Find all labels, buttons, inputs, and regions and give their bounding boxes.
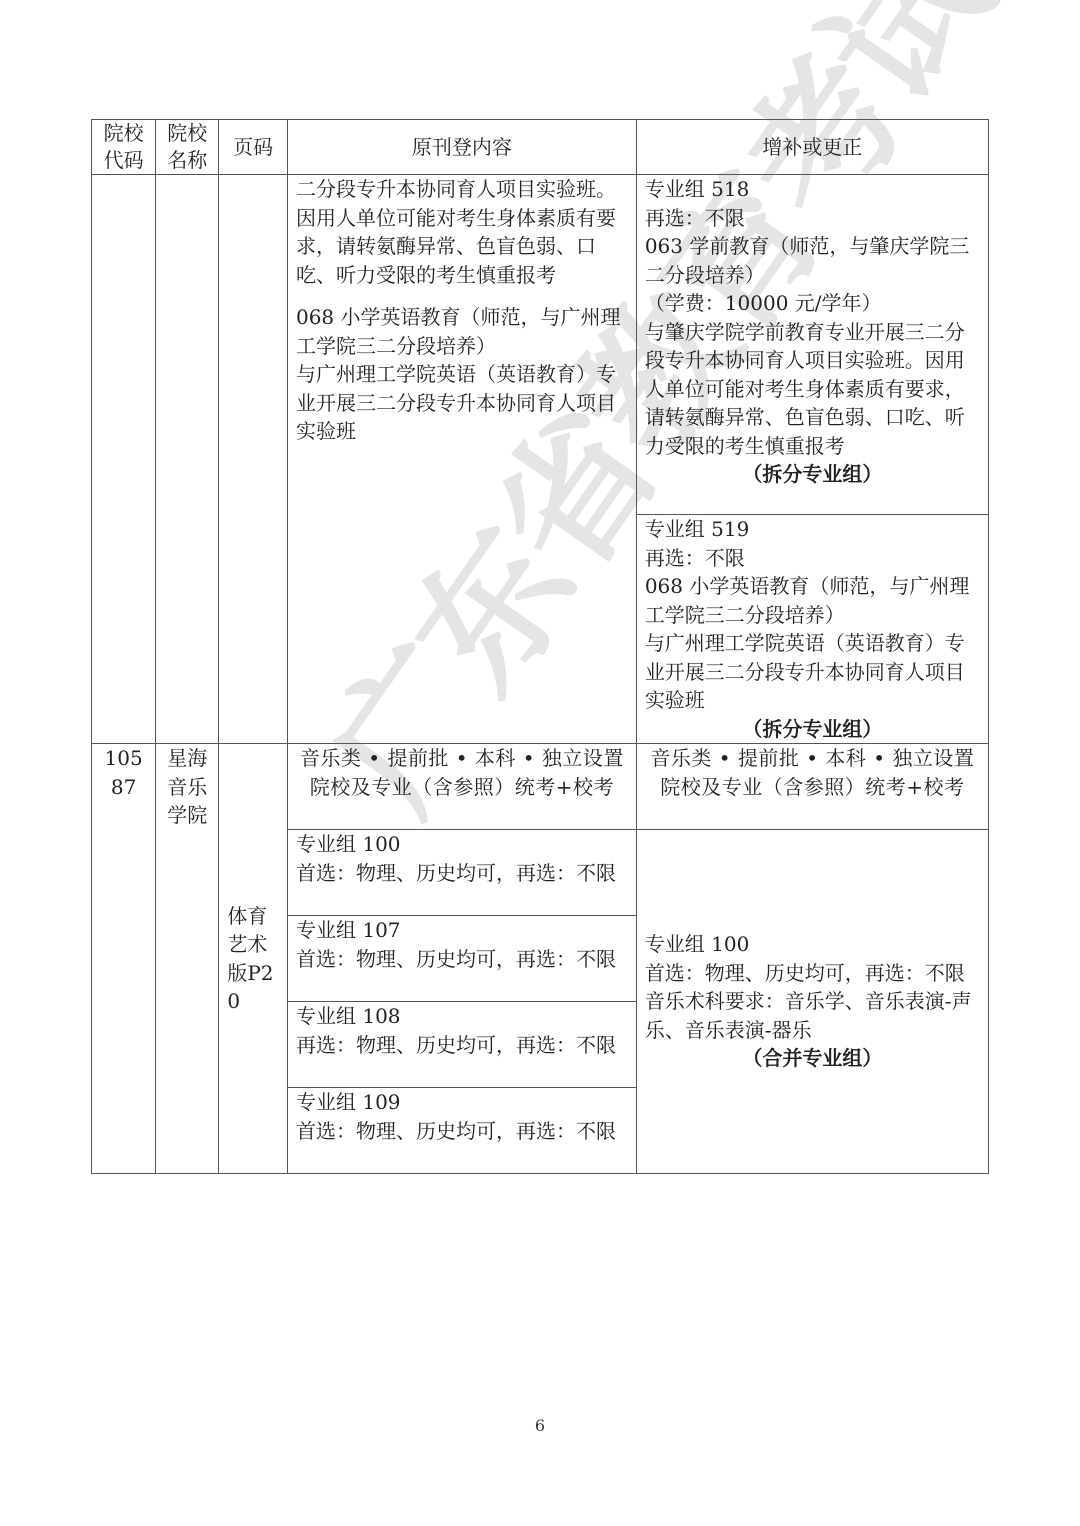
reselect-text: 再选：不限: [645, 544, 980, 573]
errata-table: 院校代码 院校名称 页码 原刊登内容 增补或更正 二分段专升本协同育人项目实验班…: [91, 119, 989, 1174]
group-label: 专业组 518: [645, 175, 980, 204]
header-row: 院校代码 院校名称 页码 原刊登内容 增补或更正: [92, 120, 989, 175]
header-correction: 增补或更正: [636, 120, 988, 175]
note-text: 与肇庆学院学前教育专业开展三二分段专升本协同育人项目实验班。因用人单位可能对考生…: [645, 318, 980, 461]
page-number: 6: [0, 1416, 1080, 1435]
fee-text: （学费：10000 元/学年）: [645, 289, 980, 318]
table-row: 10587 星海音乐学院 体育艺术版P20 音乐类 • 提前批 • 本科 • 独…: [92, 744, 989, 830]
cell-school-name: 星海音乐学院: [156, 744, 219, 1174]
document-page: 广东省教育考试院 院校代码 院校名称 页码 原刊登内容 增补或更正 二分段专升本…: [0, 0, 1080, 1526]
cell-page: [219, 175, 288, 744]
split-group-tag: （拆分专业组）: [645, 715, 980, 744]
cell-correction-518: 专业组 518 再选：不限 063 学前教育（师范，与肇庆学院三二分段培养） （…: [636, 175, 988, 515]
merge-group-tag: （合并专业组）: [645, 1044, 980, 1073]
major-text: 068 小学英语教育（师范，与广州理工学院三二分段培养）: [645, 572, 980, 629]
original-para-2-note: 与广州理工学院英语（英语教育）专业开展三二分段专升本协同育人项目实验班: [296, 360, 628, 446]
requirement-text: 音乐术科要求：音乐学、音乐表演-声乐、音乐表演-器乐: [645, 987, 980, 1044]
group-label: 专业组 519: [645, 515, 980, 544]
subject-text: 首选：物理、历史均可，再选：不限: [296, 1117, 628, 1146]
cell-original-group-100: 专业组 100 首选：物理、历史均可，再选：不限: [287, 830, 636, 916]
cell-school-code: [92, 175, 156, 744]
cell-original-group-108: 专业组 108 再选：物理、历史均可，再选：不限: [287, 1002, 636, 1088]
group-label: 专业组 107: [296, 916, 628, 945]
cell-school-name: [156, 175, 219, 744]
header-school-code: 院校代码: [92, 120, 156, 175]
cell-original-content: 二分段专升本协同育人项目实验班。因用人单位可能对考生身体素质有要求，请转氨酶异常…: [287, 175, 636, 744]
cell-original-group-107: 专业组 107 首选：物理、历史均可，再选：不限: [287, 916, 636, 1002]
split-group-tag: （拆分专业组）: [645, 460, 980, 489]
section-title-original: 音乐类 • 提前批 • 本科 • 独立设置院校及专业（含参照）统考+校考: [287, 744, 636, 830]
note-text: 与广州理工学院英语（英语教育）专业开展三二分段专升本协同育人项目实验班: [645, 629, 980, 715]
reselect-text: 再选：不限: [645, 204, 980, 233]
header-page: 页码: [219, 120, 288, 175]
cell-page: 体育艺术版P20: [219, 744, 288, 1174]
subject-text: 首选：物理、历史均可，再选：不限: [296, 945, 628, 974]
original-para-1: 二分段专升本协同育人项目实验班。因用人单位可能对考生身体素质有要求，请转氨酶异常…: [296, 175, 628, 289]
major-text: 063 学前教育（师范，与肇庆学院三二分段培养）: [645, 232, 980, 289]
cell-original-group-109: 专业组 109 首选：物理、历史均可，再选：不限: [287, 1088, 636, 1174]
group-label: 专业组 108: [296, 1002, 628, 1031]
table-row: 二分段专升本协同育人项目实验班。因用人单位可能对考生身体素质有要求，请转氨酶异常…: [92, 175, 989, 515]
subject-text: 首选：物理、历史均可，再选：不限: [296, 859, 628, 888]
section-title-correction: 音乐类 • 提前批 • 本科 • 独立设置院校及专业（含参照）统考+校考: [636, 744, 988, 830]
cell-correction-519: 专业组 519 再选：不限 068 小学英语教育（师范，与广州理工学院三二分段培…: [636, 515, 988, 744]
original-para-2-major: 068 小学英语教育（师范，与广州理工学院三二分段培养）: [296, 303, 628, 360]
group-label: 专业组 100: [296, 830, 628, 859]
group-label: 专业组 109: [296, 1088, 628, 1117]
subject-text: 首选：物理、历史均可，再选：不限: [645, 959, 980, 988]
cell-school-code: 10587: [92, 744, 156, 1174]
group-label: 专业组 100: [645, 930, 980, 959]
cell-correction-merged: 专业组 100 首选：物理、历史均可，再选：不限 音乐术科要求：音乐学、音乐表演…: [636, 830, 988, 1174]
header-school-name: 院校名称: [156, 120, 219, 175]
subject-text: 再选：物理、历史均可，再选：不限: [296, 1031, 628, 1060]
header-original: 原刊登内容: [287, 120, 636, 175]
